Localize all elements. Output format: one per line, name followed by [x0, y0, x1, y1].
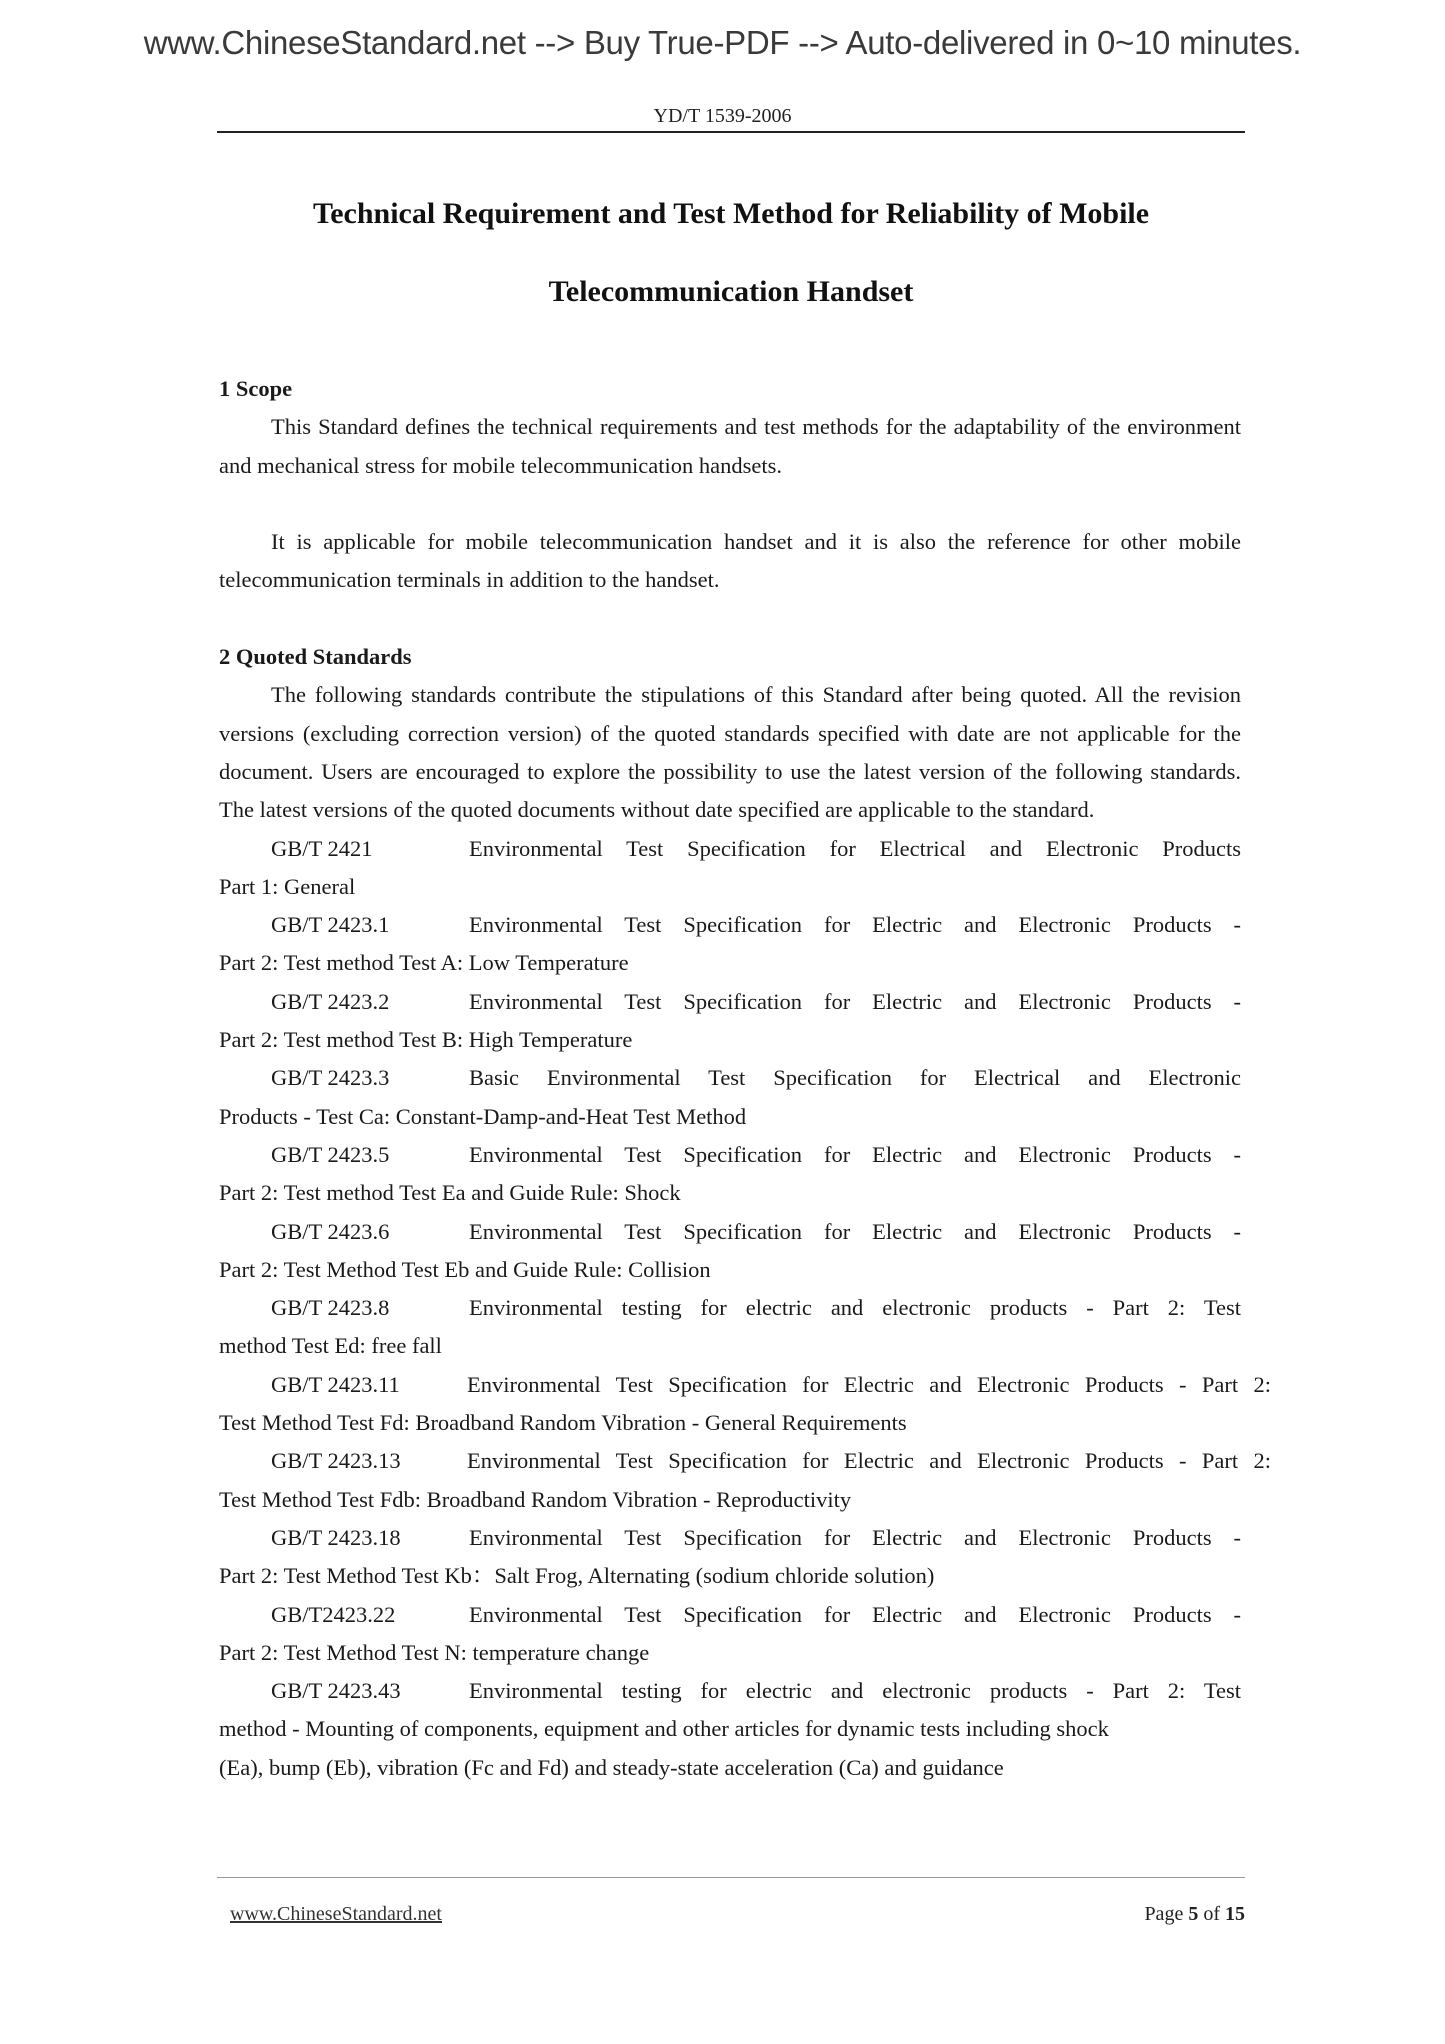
- reference-item: GB/T 2423.18Environmental Test Specifica…: [219, 1519, 1241, 1596]
- reference-item: GB/T 2423.13Environmental Test Specifica…: [219, 1442, 1241, 1519]
- reference-title-continued: method Test Ed: free fall: [219, 1327, 1241, 1365]
- reference-item: GB/T 2423.11Environmental Test Specifica…: [219, 1366, 1241, 1443]
- reference-title-continued: Part 2: Test method Test B: High Tempera…: [219, 1021, 1241, 1059]
- reference-title: Environmental Test Specification for Ele…: [467, 1442, 1271, 1480]
- scope-paragraph-1: This Standard defines the technical requ…: [219, 408, 1241, 485]
- reference-code: GB/T 2423.1: [271, 906, 469, 944]
- reference-title-continued: Test Method Test Fd: Broadband Random Vi…: [219, 1404, 1241, 1442]
- reference-title-continued: (Ea), bump (Eb), vibration (Fc and Fd) a…: [219, 1749, 1241, 1787]
- reference-code: GB/T 2423.3: [271, 1059, 469, 1097]
- reference-item: GB/T 2423.8Environmental testing for ele…: [219, 1289, 1241, 1366]
- reference-code: GB/T 2423.6: [271, 1213, 469, 1251]
- reference-title: Environmental Test Specification for Ele…: [469, 906, 1241, 944]
- reference-title: Environmental Test Specification for Ele…: [469, 1596, 1241, 1634]
- reference-item: GB/T 2423.2Environmental Test Specificat…: [219, 983, 1241, 1060]
- section-heading-quoted-standards: 2 Quoted Standards: [219, 638, 1241, 676]
- reference-title-continued: Part 2: Test Method Test N: temperature …: [219, 1634, 1241, 1672]
- reference-title: Basic Environmental Test Specification f…: [469, 1059, 1241, 1097]
- page-label: Page: [1144, 1903, 1188, 1925]
- section-heading-scope: 1 Scope: [219, 370, 1241, 408]
- document-body: 1 Scope This Standard defines the techni…: [219, 370, 1241, 1787]
- reference-item: GB/T 2423.43Environmental testing for el…: [219, 1672, 1241, 1787]
- reference-title-continued: Part 2: Test Method Test Kb：Salt Frog, A…: [219, 1557, 1241, 1595]
- document-title-line-1: Technical Requirement and Test Method fo…: [217, 194, 1245, 234]
- footer-website-link[interactable]: www.ChineseStandard.net: [230, 1902, 442, 1926]
- reference-code: GB/T 2423.43: [271, 1672, 469, 1710]
- reference-code: GB/T 2423.5: [271, 1136, 469, 1174]
- reference-title: Environmental Test Specification for Ele…: [467, 1366, 1271, 1404]
- footer-divider: [217, 1877, 1245, 1878]
- reference-code: GB/T 2423.11: [271, 1366, 467, 1404]
- reference-code: GB/T 2423.18: [271, 1519, 469, 1557]
- reference-item: GB/T 2423.6Environmental Test Specificat…: [219, 1213, 1241, 1290]
- reference-list: GB/T 2421Environmental Test Specificatio…: [219, 830, 1241, 1787]
- reference-title-continued: Part 2: Test method Test A: Low Temperat…: [219, 944, 1241, 982]
- reference-item: GB/T 2423.5Environmental Test Specificat…: [219, 1136, 1241, 1213]
- header-divider: [217, 131, 1245, 133]
- reference-title: Environmental Test Specification for Ele…: [469, 830, 1241, 868]
- reference-code: GB/T2423.22: [271, 1596, 469, 1634]
- total-pages: 15: [1225, 1903, 1245, 1925]
- reference-item: GB/T 2423.1Environmental Test Specificat…: [219, 906, 1241, 983]
- document-number: YD/T 1539-2006: [0, 104, 1445, 128]
- reference-title-continued: Part 1: General: [219, 868, 1241, 906]
- reference-title-continued: method - Mounting of components, equipme…: [219, 1710, 1241, 1748]
- reference-title: Environmental testing for electric and e…: [469, 1289, 1241, 1327]
- reference-title: Environmental testing for electric and e…: [469, 1672, 1241, 1710]
- reference-code: GB/T 2421: [271, 830, 469, 868]
- reference-item: GB/T2423.22Environmental Test Specificat…: [219, 1596, 1241, 1673]
- reference-title: Environmental Test Specification for Ele…: [469, 983, 1241, 1021]
- promo-banner: www.ChineseStandard.net --> Buy True-PDF…: [0, 20, 1445, 66]
- reference-code: GB/T 2423.13: [271, 1442, 467, 1480]
- reference-title-continued: Products - Test Ca: Constant-Damp-and-He…: [219, 1098, 1241, 1136]
- reference-code: GB/T 2423.2: [271, 983, 469, 1021]
- reference-item: GB/T 2421Environmental Test Specificatio…: [219, 830, 1241, 907]
- current-page: 5: [1188, 1903, 1198, 1925]
- page-number: Page 5 of 15: [1144, 1902, 1245, 1926]
- reference-title-continued: Part 2: Test Method Test Eb and Guide Ru…: [219, 1251, 1241, 1289]
- reference-title-continued: Test Method Test Fdb: Broadband Random V…: [219, 1481, 1241, 1519]
- reference-title: Environmental Test Specification for Ele…: [469, 1213, 1241, 1251]
- reference-code: GB/T 2423.8: [271, 1289, 469, 1327]
- scope-paragraph-2: It is applicable for mobile telecommunic…: [219, 523, 1241, 600]
- reference-title: Environmental Test Specification for Ele…: [469, 1136, 1241, 1174]
- reference-title-continued: Part 2: Test method Test Ea and Guide Ru…: [219, 1174, 1241, 1212]
- quoted-standards-intro: The following standards contribute the s…: [219, 676, 1241, 829]
- reference-title: Environmental Test Specification for Ele…: [469, 1519, 1241, 1557]
- document-title-line-2: Telecommunication Handset: [217, 272, 1245, 312]
- page-of-label: of: [1198, 1903, 1225, 1925]
- reference-item: GB/T 2423.3Basic Environmental Test Spec…: [219, 1059, 1241, 1136]
